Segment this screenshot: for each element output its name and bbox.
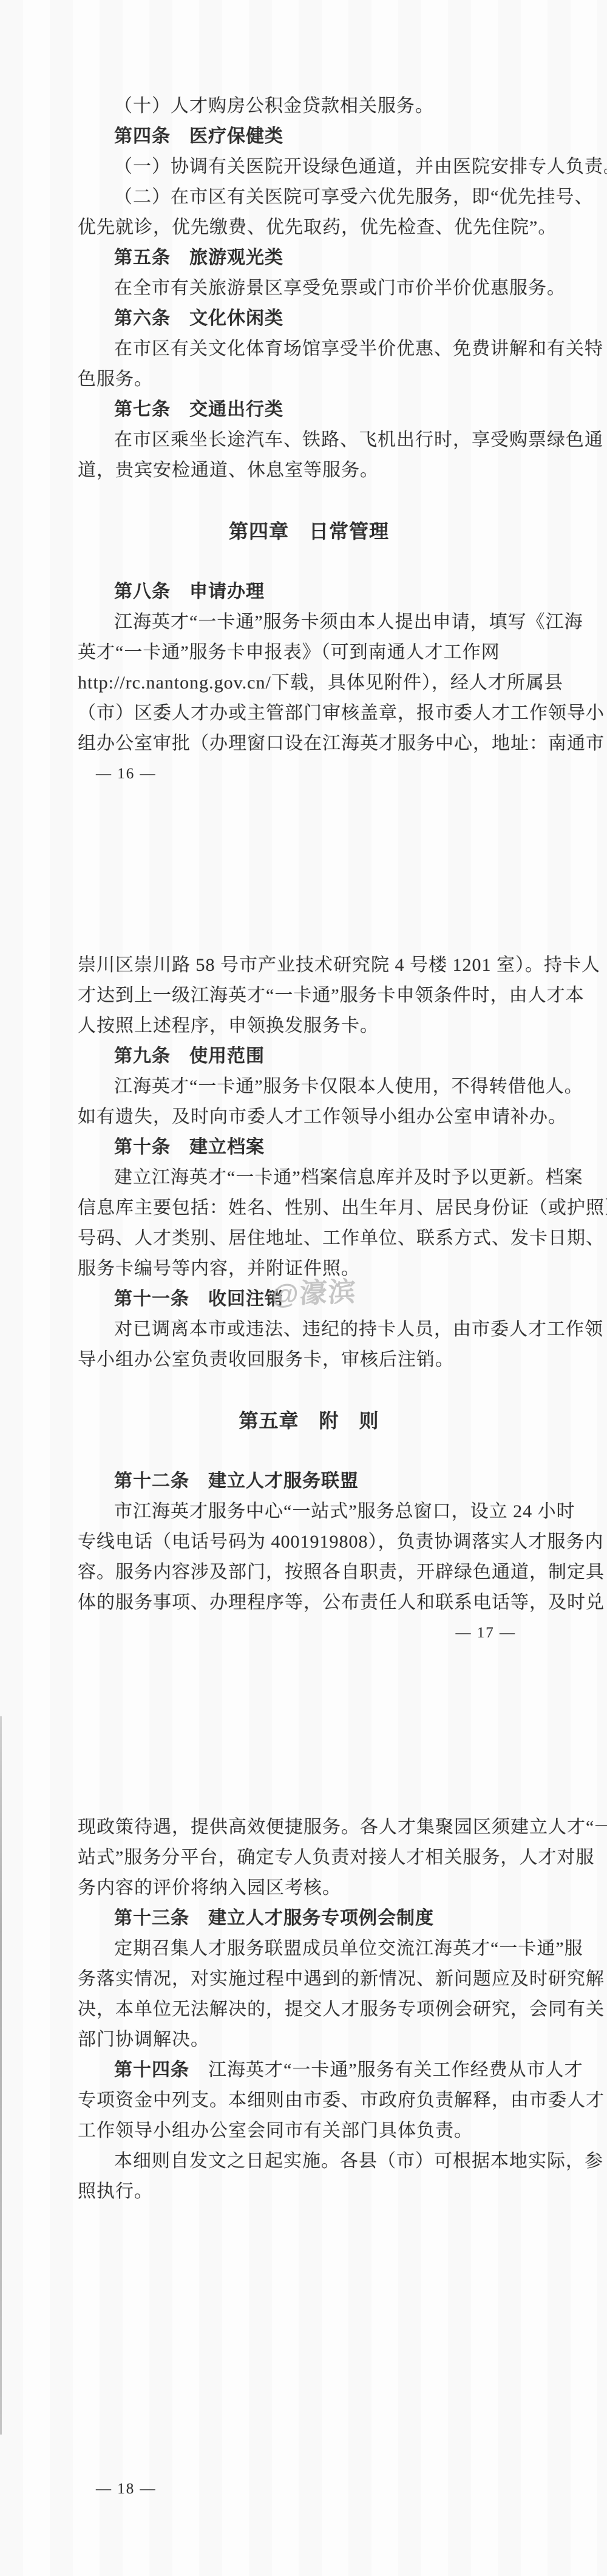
doc-line: 英才“一卡通”服务卡申报表》（可到南通人才工作网: [78, 637, 540, 668]
doc-line: 照执行。: [78, 2177, 540, 2207]
doc-line-mixed: 第十四条 江海英才“一卡通”服务有关工作经费从市人才: [78, 2055, 540, 2085]
doc-line: 体的服务事项、办理程序等，公布责任人和联系电话等，及时兑: [78, 1588, 540, 1618]
page-number: — 16 —: [78, 759, 540, 789]
page-edge-artifact: [0, 1716, 2, 2435]
article-heading: 第六条 文化休闲类: [78, 304, 540, 334]
doc-line-text: 江海英才“一卡通”服务有关工作经费从市人才: [189, 2060, 583, 2080]
page-17: 崇川区崇川路 58 号市产业技术研究院 4 号楼 1201 室）。持卡人 才达到…: [0, 789, 607, 1648]
doc-line: 建立江海英才“一卡通”档案信息库并及时予以更新。档案: [78, 1163, 540, 1193]
doc-line: （市）区委人才办或主管部门审核盖章，报市委人才工作领导小: [78, 698, 540, 729]
doc-line: 决，本单位无法解决的，提交人才服务专项例会研究，会同有关: [78, 1994, 540, 2025]
page-number: — 18 —: [78, 2474, 540, 2504]
doc-line: 在全市有关旅游景区享受免票或门市价半价优惠服务。: [78, 273, 540, 304]
page-18: 现政策待遇，提供高效便捷服务。各人才集聚园区须建立人才“一 站式”服务分平台，确…: [0, 1648, 607, 2576]
article-heading: 第八条 申请办理: [78, 577, 540, 607]
article-heading: 第七条 交通出行类: [78, 395, 540, 425]
page-number: — 17 —: [78, 1618, 540, 1648]
article-heading: 第四条 医疗保健类: [78, 121, 540, 152]
doc-line: http://rc.nantong.gov.cn/下载，具体见附件），经人才所属…: [78, 668, 540, 698]
doc-line: 专项资金中列支。本细则由市委、市政府负责解释，由市委人才: [78, 2085, 540, 2116]
doc-line: 部门协调解决。: [78, 2025, 540, 2055]
doc-line: 务内容的评价将纳入园区考核。: [78, 1873, 540, 1903]
article-heading: 第十条 建立档案: [78, 1132, 540, 1163]
article-heading: 第五条 旅游观光类: [78, 243, 540, 273]
article-heading: 第十一条 收回注销: [78, 1284, 540, 1314]
doc-line: 服务卡编号等内容，并附证件照。: [78, 1254, 540, 1284]
doc-line: 色服务。: [78, 364, 540, 395]
chapter-heading: 第五章 附 则: [78, 1405, 540, 1436]
doc-line: 信息库主要包括：姓名、性别、出生年月、居民身份证（或护照）: [78, 1193, 540, 1223]
doc-line: 定期召集人才服务联盟成员单位交流江海英才“一卡通”服: [78, 1934, 540, 1964]
doc-line: 道，贵宾安检通道、休息室等服务。: [78, 455, 540, 486]
document-scan: （十）人才购房公积金贷款相关服务。 第四条 医疗保健类 （一）协调有关医院开设绿…: [0, 0, 607, 2576]
doc-line: 现政策待遇，提供高效便捷服务。各人才集聚园区须建立人才“一: [78, 1812, 540, 1843]
doc-line: 组办公室审批（办理窗口设在江海英才服务中心，地址：南通市: [78, 729, 540, 759]
article-number: 第十四条: [114, 2060, 189, 2080]
doc-line: 江海英才“一卡通”服务卡仅限本人使用，不得转借他人。: [78, 1072, 540, 1102]
doc-line: 务落实情况，对实施过程中遇到的新情况、新问题应及时研究解: [78, 1964, 540, 1994]
article-heading: 第九条 使用范围: [78, 1041, 540, 1072]
doc-line: （十）人才购房公积金贷款相关服务。: [78, 91, 540, 121]
doc-line: 专线电话（电话号码为 4001919808），负责协调落实人才服务内: [78, 1527, 540, 1557]
page-16: （十）人才购房公积金贷款相关服务。 第四条 医疗保健类 （一）协调有关医院开设绿…: [0, 0, 607, 789]
doc-line: 崇川区崇川路 58 号市产业技术研究院 4 号楼 1201 室）。持卡人: [78, 950, 540, 980]
doc-line: 江海英才“一卡通”服务卡须由本人提出申请，填写《江海: [78, 607, 540, 637]
doc-line: 本细则自发文之日起实施。各县（市）可根据本地实际，参: [78, 2146, 540, 2177]
doc-line: 人按照上述程序，申领换发服务卡。: [78, 1011, 540, 1041]
doc-line: 对已调离本市或违法、违纪的持卡人员，由市委人才工作领: [78, 1314, 540, 1345]
article-heading: 第十二条 建立人才服务联盟: [78, 1466, 540, 1497]
doc-line: 市江海英才服务中心“一站式”服务总窗口，设立 24 小时: [78, 1497, 540, 1527]
doc-line: （二）在市区有关医院可享受六优先服务，即“优先挂号、: [78, 182, 540, 212]
doc-line: 如有遗失，及时向市委人才工作领导小组办公室申请补办。: [78, 1102, 540, 1132]
doc-line: 导小组办公室负责收回服务卡，审核后注销。: [78, 1345, 540, 1375]
doc-line: （一）协调有关医院开设绿色通道，并由医院安排专人负责。: [78, 152, 540, 182]
doc-line: 号码、人才类别、居住地址、工作单位、联系方式、发卡日期、: [78, 1223, 540, 1254]
chapter-heading: 第四章 日常管理: [78, 516, 540, 546]
doc-line: 站式”服务分平台，确定专人负责对接人才相关服务，人才对服: [78, 1843, 540, 1873]
doc-line: 工作领导小组办公室会同市有关部门具体负责。: [78, 2116, 540, 2146]
doc-line: 才达到上一级江海英才“一卡通”服务卡申领条件时，由人才本: [78, 980, 540, 1011]
doc-line: 在市区乘坐长途汽车、铁路、飞机出行时，享受购票绿色通: [78, 425, 540, 455]
doc-line: 优先就诊，优先缴费、优先取药，优先检查、优先住院”。: [78, 212, 540, 243]
doc-line: 在市区有关文化体育场馆享受半价优惠、免费讲解和有关特: [78, 334, 540, 364]
article-heading: 第十三条 建立人才服务专项例会制度: [78, 1903, 540, 1934]
doc-line: 容。服务内容涉及部门，按照各自职责，开辟绿色通道，制定具: [78, 1557, 540, 1588]
